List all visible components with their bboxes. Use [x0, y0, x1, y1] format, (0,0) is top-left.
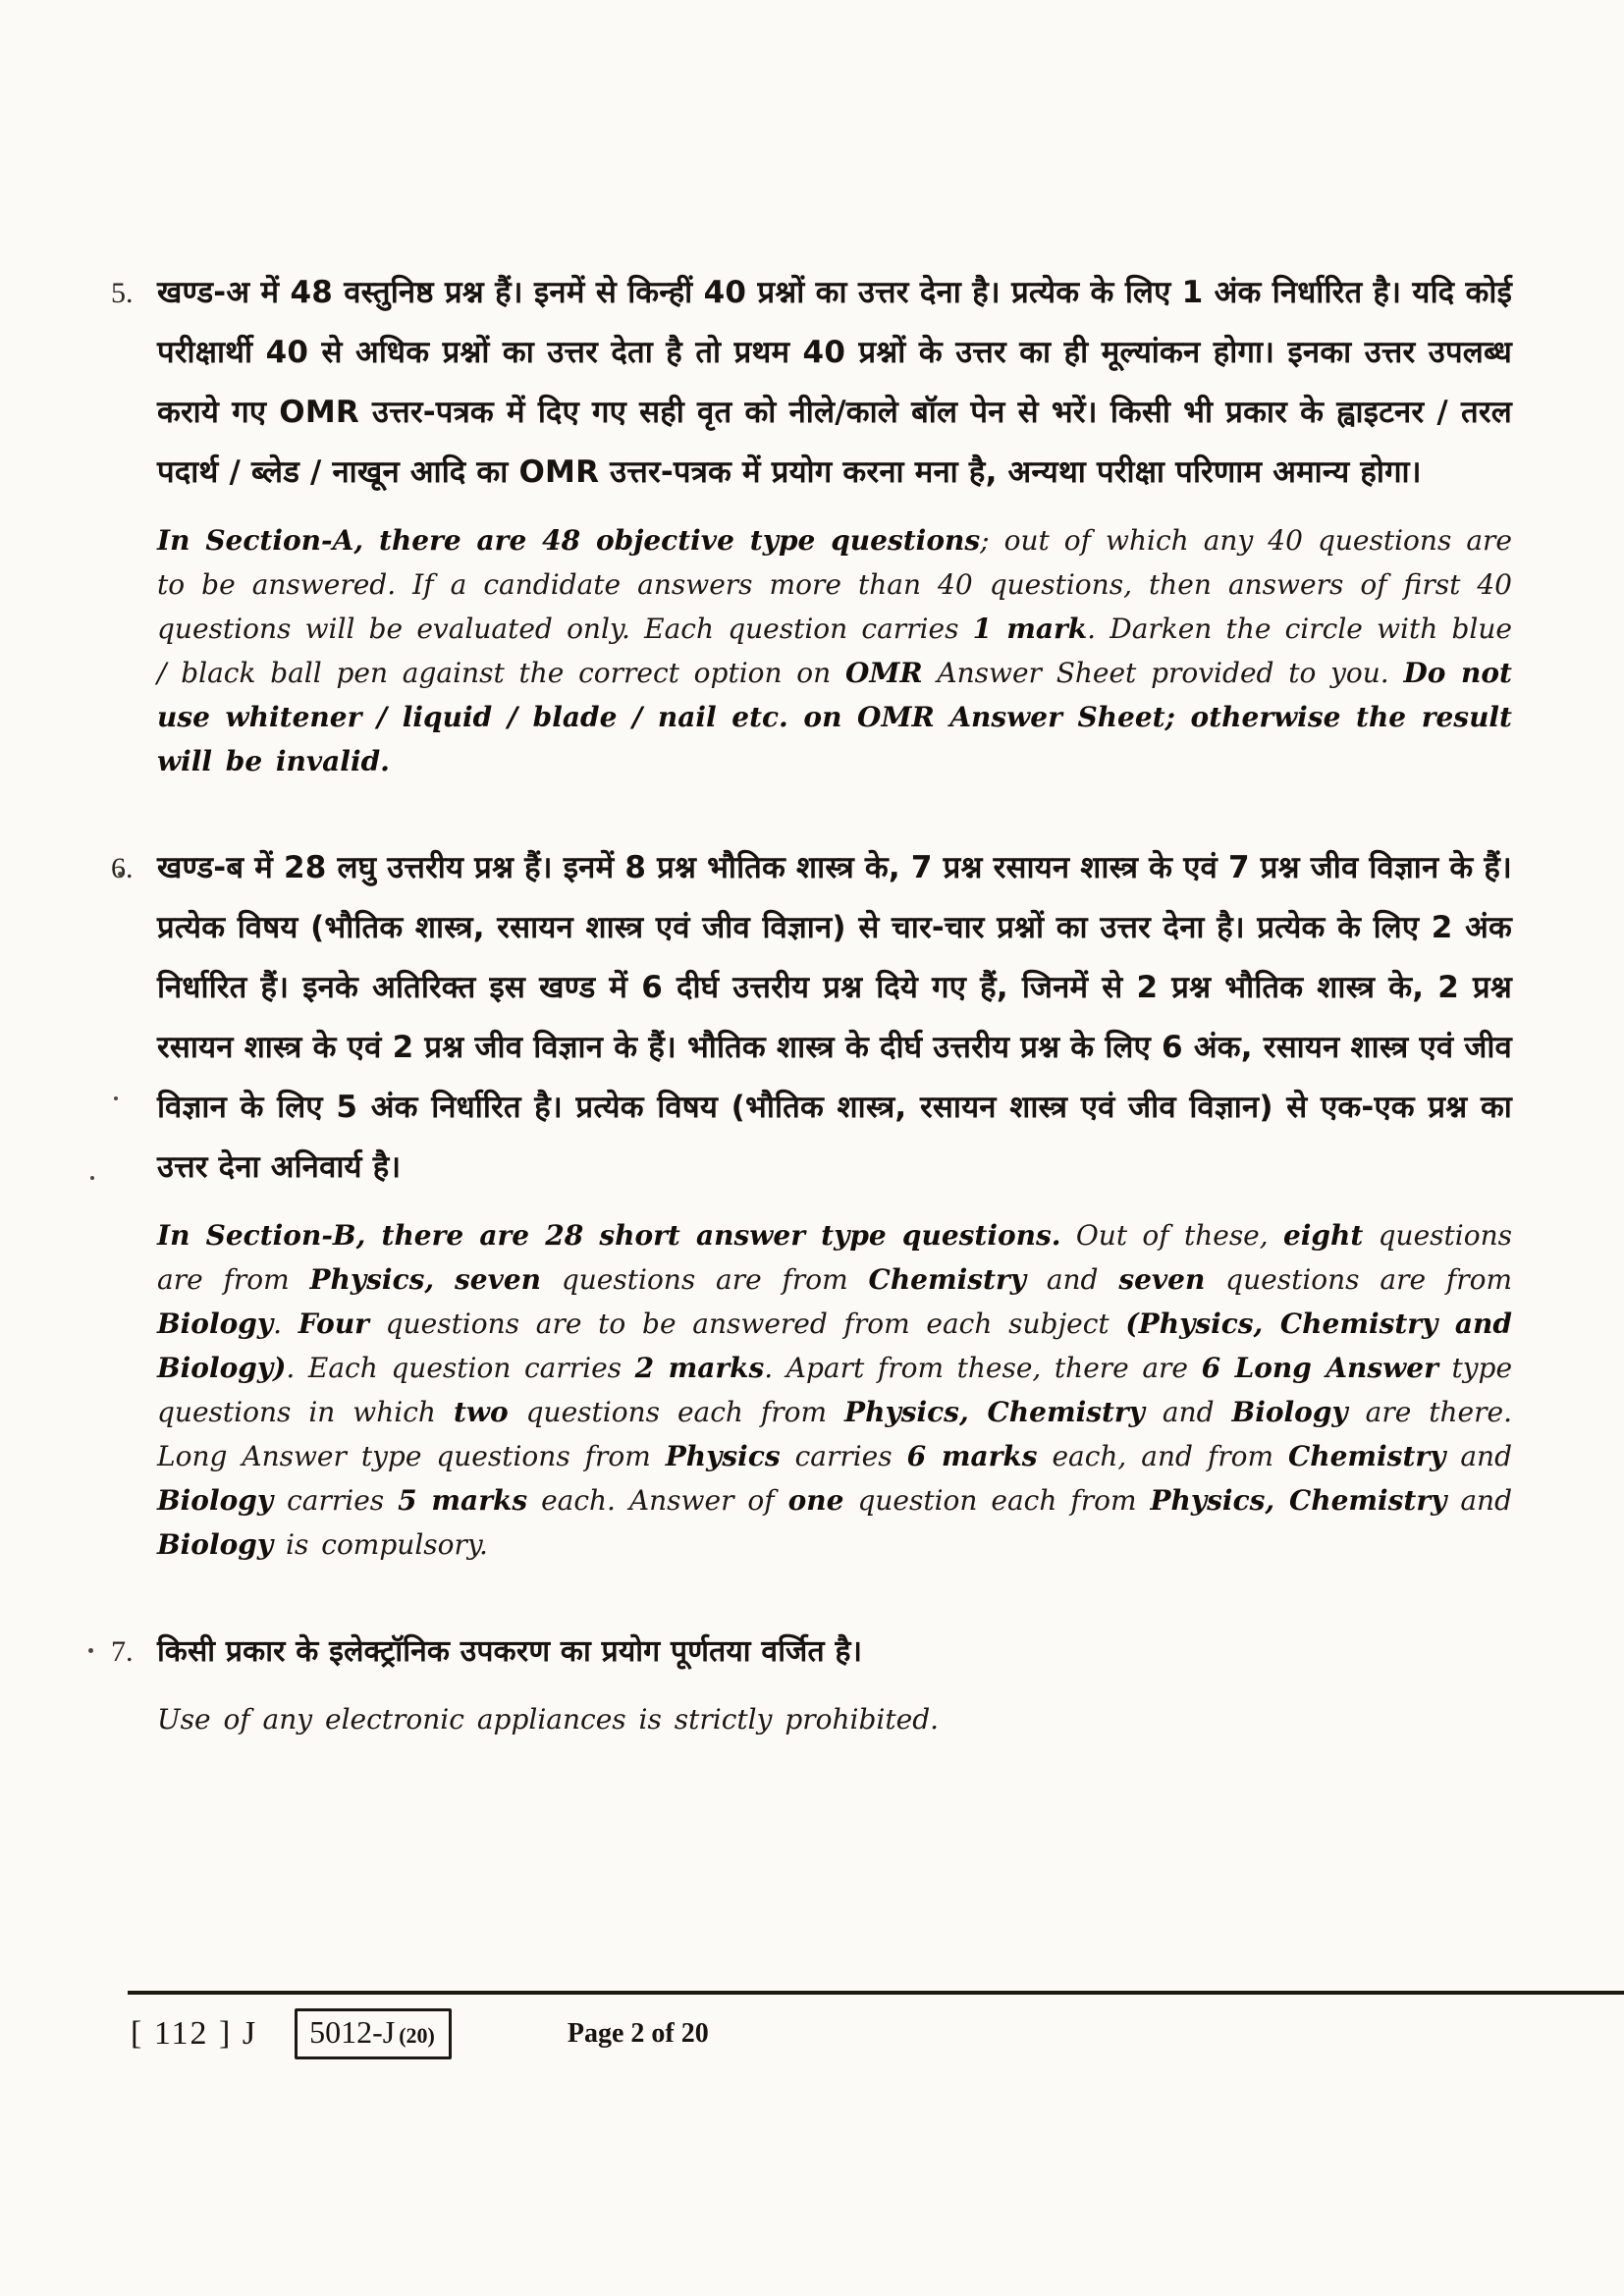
text-segment: questions are to be answered from each s…	[369, 1308, 1125, 1340]
text-segment: one	[788, 1484, 844, 1517]
item-number: 6.	[111, 838, 157, 1567]
exam-paper-page: 5. खण्ड-अ में 48 वस्तुनिष्ठ प्रश्न हैं। …	[0, 0, 1624, 2296]
hindi-instruction-paragraph: खण्ड-अ में 48 वस्तुनिष्ठ प्रश्न हैं। इनम…	[157, 263, 1512, 503]
text-segment: eight	[1283, 1219, 1363, 1252]
text-segment: Physics,	[309, 1263, 434, 1296]
text-segment: Biology	[157, 1484, 273, 1517]
text-segment: questions are from	[541, 1263, 869, 1296]
paper-code-suffix: (20)	[399, 2023, 435, 2048]
text-segment: Biology	[157, 1308, 273, 1340]
text-segment: carries	[781, 1440, 907, 1472]
text-segment	[434, 1263, 455, 1296]
scan-speck	[90, 1176, 94, 1180]
text-segment: .	[273, 1308, 298, 1340]
text-segment: seven	[1118, 1263, 1205, 1296]
text-segment: OMR	[845, 657, 923, 689]
text-segment: is compulsory.	[273, 1528, 488, 1561]
english-instruction-paragraph: Use of any electronic appliances is stri…	[157, 1697, 1512, 1741]
text-segment: Physics	[666, 1440, 781, 1472]
text-segment: 5 marks	[398, 1484, 527, 1517]
text-segment: Chemistry	[1288, 1440, 1445, 1472]
text-segment: and	[1026, 1263, 1118, 1296]
text-segment: Physics, Chemistry	[844, 1396, 1145, 1428]
text-segment: In Section-B, there are 28 short answer …	[157, 1219, 1061, 1252]
page-footer: [ 112 ] J 5012-J(20) Page 2 of 20	[0, 1991, 1624, 2059]
item-number: 5.	[111, 263, 157, 783]
text-segment: two	[454, 1396, 509, 1428]
text-segment: Biology	[1232, 1396, 1348, 1428]
english-instruction-paragraph: In Section-B, there are 28 short answer …	[157, 1213, 1512, 1567]
text-segment: seven	[455, 1263, 541, 1296]
text-segment: question each from	[843, 1484, 1150, 1517]
text-segment: and	[1145, 1396, 1232, 1428]
text-segment: . Each question carries	[286, 1352, 634, 1384]
text-segment: 6 Long Answer	[1202, 1352, 1438, 1384]
text-segment: and	[1445, 1440, 1512, 1472]
scan-speck	[114, 1096, 118, 1100]
text-segment: Answer Sheet provided to you.	[923, 657, 1404, 689]
text-segment: Out of these,	[1061, 1219, 1283, 1252]
text-segment: 6 marks	[907, 1440, 1038, 1472]
text-segment: each, and from	[1038, 1440, 1288, 1472]
booklet-code: [ 112 ] J	[131, 2015, 257, 2053]
text-segment: Biology	[157, 1528, 273, 1561]
scan-speck	[118, 872, 123, 877]
text-segment: and	[1446, 1484, 1512, 1517]
paper-code: 5012-J	[309, 2014, 395, 2050]
text-segment: 1 mark	[973, 613, 1087, 645]
text-segment: questions each from	[509, 1396, 844, 1428]
scan-speck	[88, 1648, 93, 1653]
text-segment: Use of any electronic appliances is stri…	[157, 1703, 939, 1735]
hindi-instruction-paragraph: खण्ड-ब में 28 लघु उत्तरीय प्रश्न हैं। इन…	[157, 838, 1512, 1198]
page-number-indicator: Page 2 of 20	[568, 2018, 709, 2050]
instruction-item-5: 5. खण्ड-अ में 48 वस्तुनिष्ठ प्रश्न हैं। …	[111, 263, 1512, 783]
english-instruction-paragraph: In Section-A, there are 48 objective typ…	[157, 518, 1512, 783]
text-segment: . Apart from these, there are	[764, 1352, 1201, 1384]
text-segment: Four	[298, 1308, 369, 1340]
text-segment: Physics, Chemistry	[1150, 1484, 1446, 1517]
instruction-item-7: 7. किसी प्रकार के इलेक्ट्रॉनिक उपकरण का …	[111, 1622, 1512, 1741]
hindi-instruction-paragraph: किसी प्रकार के इलेक्ट्रॉनिक उपकरण का प्र…	[157, 1622, 1512, 1682]
paper-code-box: 5012-J(20)	[295, 2008, 452, 2059]
footer-divider	[128, 1991, 1624, 1995]
text-segment: carries	[273, 1484, 398, 1517]
text-segment: Chemistry	[869, 1263, 1026, 1296]
text-segment: In Section-A, there are 48 objective typ…	[157, 524, 980, 557]
text-segment: 2 marks	[635, 1352, 765, 1384]
instruction-item-6: 6. खण्ड-ब में 28 लघु उत्तरीय प्रश्न हैं।…	[111, 838, 1512, 1567]
text-segment: each. Answer of	[527, 1484, 788, 1517]
item-number: 7.	[111, 1622, 157, 1741]
text-segment: questions are from	[1205, 1263, 1512, 1296]
